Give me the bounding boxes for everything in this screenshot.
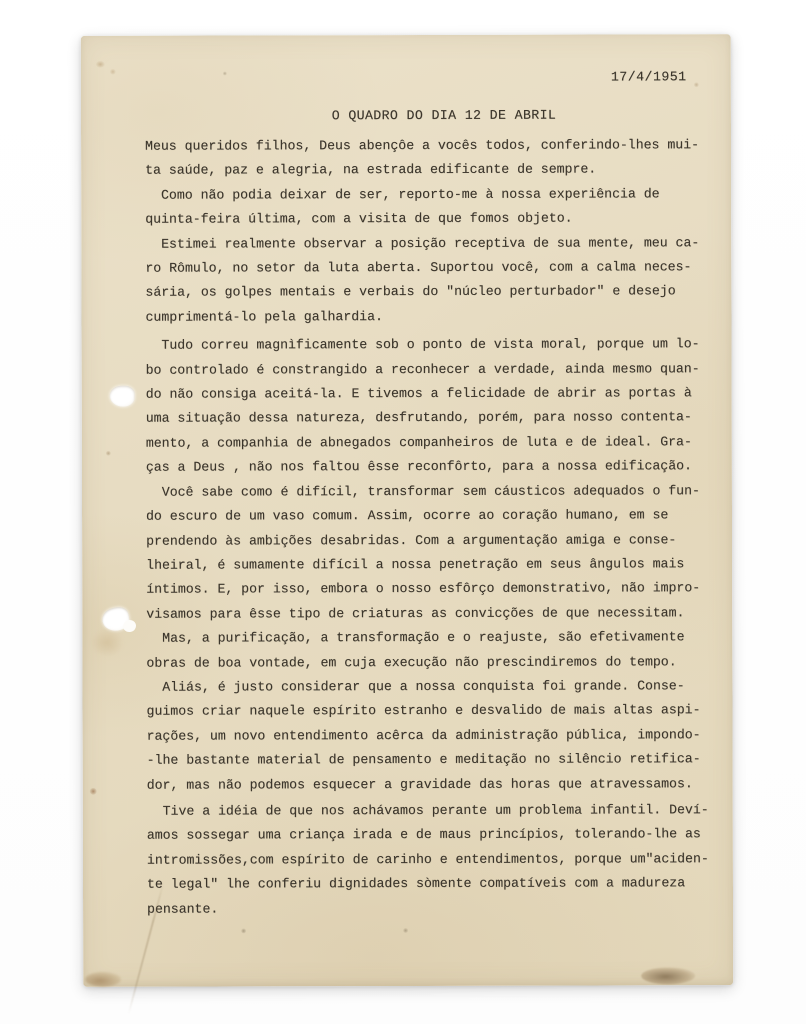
photo-background: 17/4/1951 O QUADRO DO DIA 12 DE ABRIL Me… bbox=[0, 0, 806, 1024]
stain bbox=[85, 972, 121, 987]
foxing-spot bbox=[223, 71, 227, 75]
stain bbox=[90, 628, 124, 658]
paragraph: Meus queridos filhos, Deus abençôe a voc… bbox=[145, 133, 717, 183]
paragraph: Estimei realmente observar a posição rec… bbox=[145, 231, 717, 330]
document-title: O QUADRO DO DIA 12 DE ABRIL bbox=[145, 108, 727, 124]
paper-hole bbox=[110, 386, 135, 407]
paragraph: Mas, a purificação, a transformação e o … bbox=[146, 625, 718, 675]
paragraph: Tive a idéia de que nos achávamos perant… bbox=[147, 798, 719, 922]
paragraph: Você sabe como é difícil, transformar se… bbox=[146, 479, 718, 627]
foxing-spot bbox=[96, 61, 105, 68]
paragraph: Como não podia deixar de ser, reporto-me… bbox=[145, 182, 717, 232]
foxing-spot bbox=[241, 928, 246, 933]
paragraph: Aliás, é justo considerar que a nossa co… bbox=[146, 674, 718, 798]
document-body: Meus queridos filhos, Deus abençôe a voc… bbox=[145, 133, 719, 921]
foxing-spot bbox=[90, 788, 97, 795]
crease-mark bbox=[127, 881, 164, 1015]
foxing-spot bbox=[106, 451, 111, 456]
foxing-spot bbox=[403, 928, 408, 933]
document-date: 17/4/1951 bbox=[611, 70, 687, 84]
paragraph: Tudo correu magnìficamente sob o ponto d… bbox=[146, 332, 718, 480]
foxing-spot bbox=[110, 69, 116, 75]
foxing-spot bbox=[694, 82, 699, 87]
document-page: 17/4/1951 O QUADRO DO DIA 12 DE ABRIL Me… bbox=[81, 34, 733, 987]
stain bbox=[641, 967, 695, 984]
